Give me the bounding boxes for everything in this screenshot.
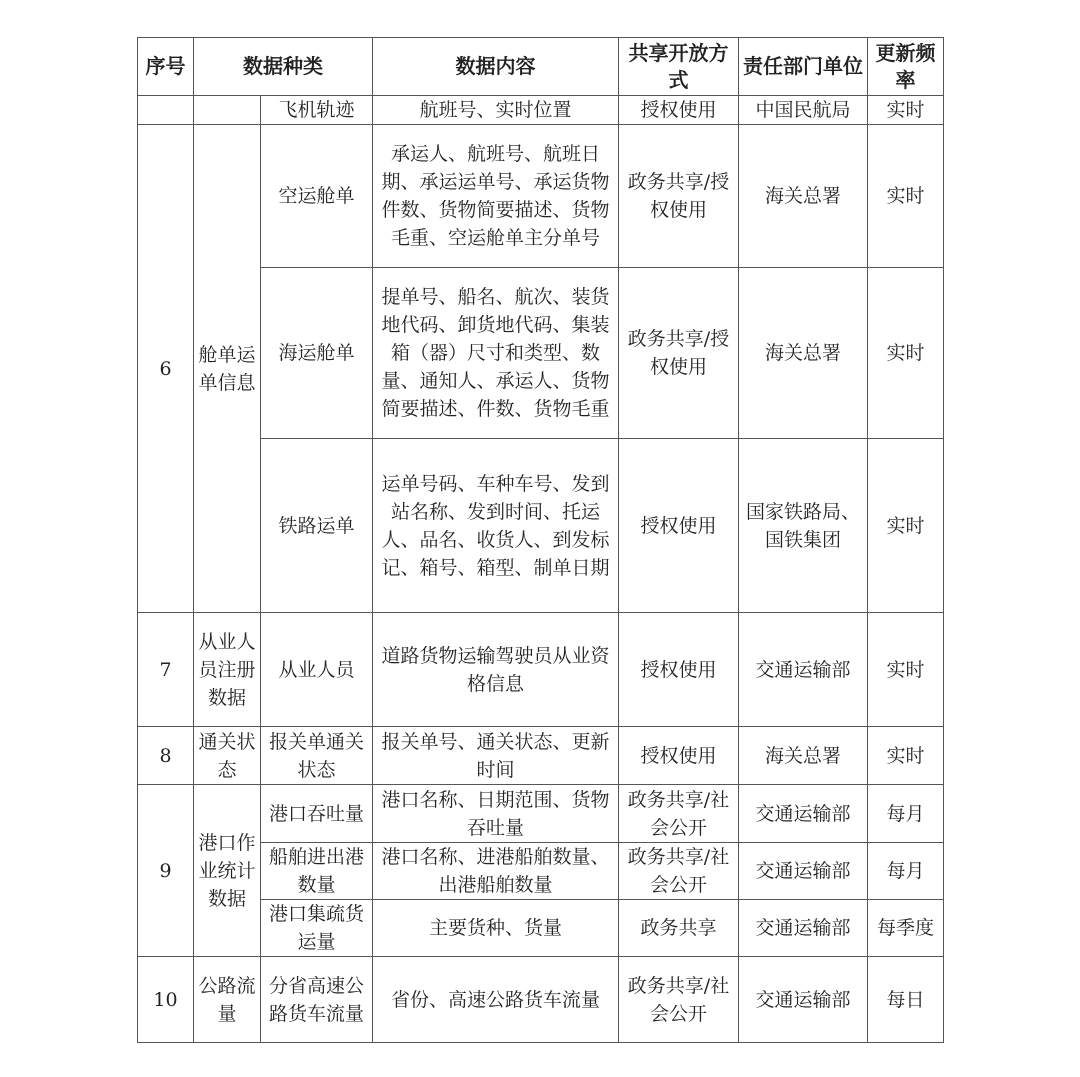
cell-content: 道路货物运输驾驶员从业资格信息 xyxy=(373,613,619,727)
cell-department: 海关总署 xyxy=(739,125,868,268)
cell-sharing: 授权使用 xyxy=(619,613,739,727)
cell-department: 交通运输部 xyxy=(739,957,868,1043)
cell-subcategory: 港口吞吐量 xyxy=(261,785,373,843)
cell-subcategory: 分省高速公路货车流量 xyxy=(261,957,373,1043)
cell-content: 港口名称、日期范围、货物吞吐量 xyxy=(373,785,619,843)
cell-category: 从业人员注册数据 xyxy=(194,613,261,727)
cell-frequency: 实时 xyxy=(868,613,944,727)
cell-content: 航班号、实时位置 xyxy=(373,96,619,125)
cell-category xyxy=(194,96,261,125)
cell-frequency: 实时 xyxy=(868,125,944,268)
table-row: 9 港口作业统计数据 港口吞吐量 港口名称、日期范围、货物吞吐量 政务共享/社会… xyxy=(138,785,944,843)
header-sharing: 共享开放方式 xyxy=(619,38,739,96)
cell-subcategory: 飞机轨迹 xyxy=(261,96,373,125)
cell-category: 港口作业统计数据 xyxy=(194,785,261,957)
cell-sharing: 政务共享 xyxy=(619,900,739,957)
cell-seq: 7 xyxy=(138,613,194,727)
header-seq: 序号 xyxy=(138,38,194,96)
cell-content: 港口名称、进港船舶数量、出港船舶数量 xyxy=(373,843,619,900)
cell-frequency: 每季度 xyxy=(868,900,944,957)
cell-frequency: 实时 xyxy=(868,96,944,125)
table-row: 7 从业人员注册数据 从业人员 道路货物运输驾驶员从业资格信息 授权使用 交通运… xyxy=(138,613,944,727)
cell-department: 交通运输部 xyxy=(739,900,868,957)
header-category: 数据种类 xyxy=(194,38,373,96)
cell-content: 报关单号、通关状态、更新时间 xyxy=(373,727,619,785)
header-department: 责任部门单位 xyxy=(739,38,868,96)
cell-sharing: 授权使用 xyxy=(619,439,739,613)
table-row: 10 公路流量 分省高速公路货车流量 省份、高速公路货车流量 政务共享/社会公开… xyxy=(138,957,944,1043)
cell-category: 公路流量 xyxy=(194,957,261,1043)
cell-content: 运单号码、车种车号、发到站名称、发到时间、托运人、品名、收货人、到发标记、箱号、… xyxy=(373,439,619,613)
data-catalog-table: 序号 数据种类 数据内容 共享开放方式 责任部门单位 更新频率 飞机轨迹 航班号… xyxy=(137,37,944,1043)
cell-department: 交通运输部 xyxy=(739,613,868,727)
cell-department: 交通运输部 xyxy=(739,843,868,900)
cell-sharing: 授权使用 xyxy=(619,727,739,785)
cell-category: 通关状态 xyxy=(194,727,261,785)
cell-frequency: 每日 xyxy=(868,957,944,1043)
cell-seq: 8 xyxy=(138,727,194,785)
table-row: 8 通关状态 报关单通关状态 报关单号、通关状态、更新时间 授权使用 海关总署 … xyxy=(138,727,944,785)
cell-frequency: 每月 xyxy=(868,843,944,900)
cell-subcategory: 铁路运单 xyxy=(261,439,373,613)
cell-sharing: 政务共享/授权使用 xyxy=(619,125,739,268)
table-row: 6 舱单运单信息 空运舱单 承运人、航班号、航班日期、承运运单号、承运货物件数、… xyxy=(138,125,944,268)
cell-content: 主要货种、货量 xyxy=(373,900,619,957)
cell-subcategory: 空运舱单 xyxy=(261,125,373,268)
cell-subcategory: 海运舱单 xyxy=(261,268,373,439)
header-frequency: 更新频率 xyxy=(868,38,944,96)
cell-frequency: 实时 xyxy=(868,439,944,613)
cell-frequency: 实时 xyxy=(868,727,944,785)
cell-sharing: 政务共享/社会公开 xyxy=(619,957,739,1043)
cell-frequency: 实时 xyxy=(868,268,944,439)
cell-frequency: 每月 xyxy=(868,785,944,843)
cell-sharing: 授权使用 xyxy=(619,96,739,125)
cell-department: 海关总署 xyxy=(739,268,868,439)
cell-subcategory: 报关单通关状态 xyxy=(261,727,373,785)
cell-department: 交通运输部 xyxy=(739,785,868,843)
cell-seq xyxy=(138,96,194,125)
header-content: 数据内容 xyxy=(373,38,619,96)
cell-content: 省份、高速公路货车流量 xyxy=(373,957,619,1043)
cell-content: 承运人、航班号、航班日期、承运运单号、承运货物件数、货物简要描述、货物毛重、空运… xyxy=(373,125,619,268)
table-header-row: 序号 数据种类 数据内容 共享开放方式 责任部门单位 更新频率 xyxy=(138,38,944,96)
cell-subcategory: 从业人员 xyxy=(261,613,373,727)
cell-sharing: 政务共享/授权使用 xyxy=(619,268,739,439)
cell-subcategory: 港口集疏货运量 xyxy=(261,900,373,957)
cell-category: 舱单运单信息 xyxy=(194,125,261,613)
cell-sharing: 政务共享/社会公开 xyxy=(619,843,739,900)
cell-seq: 6 xyxy=(138,125,194,613)
cell-department: 国家铁路局、国铁集团 xyxy=(739,439,868,613)
cell-content: 提单号、船名、航次、装货地代码、卸货地代码、集装箱（器）尺寸和类型、数量、通知人… xyxy=(373,268,619,439)
table-row: 飞机轨迹 航班号、实时位置 授权使用 中国民航局 实时 xyxy=(138,96,944,125)
cell-department: 中国民航局 xyxy=(739,96,868,125)
cell-department: 海关总署 xyxy=(739,727,868,785)
cell-subcategory: 船舶进出港数量 xyxy=(261,843,373,900)
cell-sharing: 政务共享/社会公开 xyxy=(619,785,739,843)
cell-seq: 10 xyxy=(138,957,194,1043)
cell-seq: 9 xyxy=(138,785,194,957)
